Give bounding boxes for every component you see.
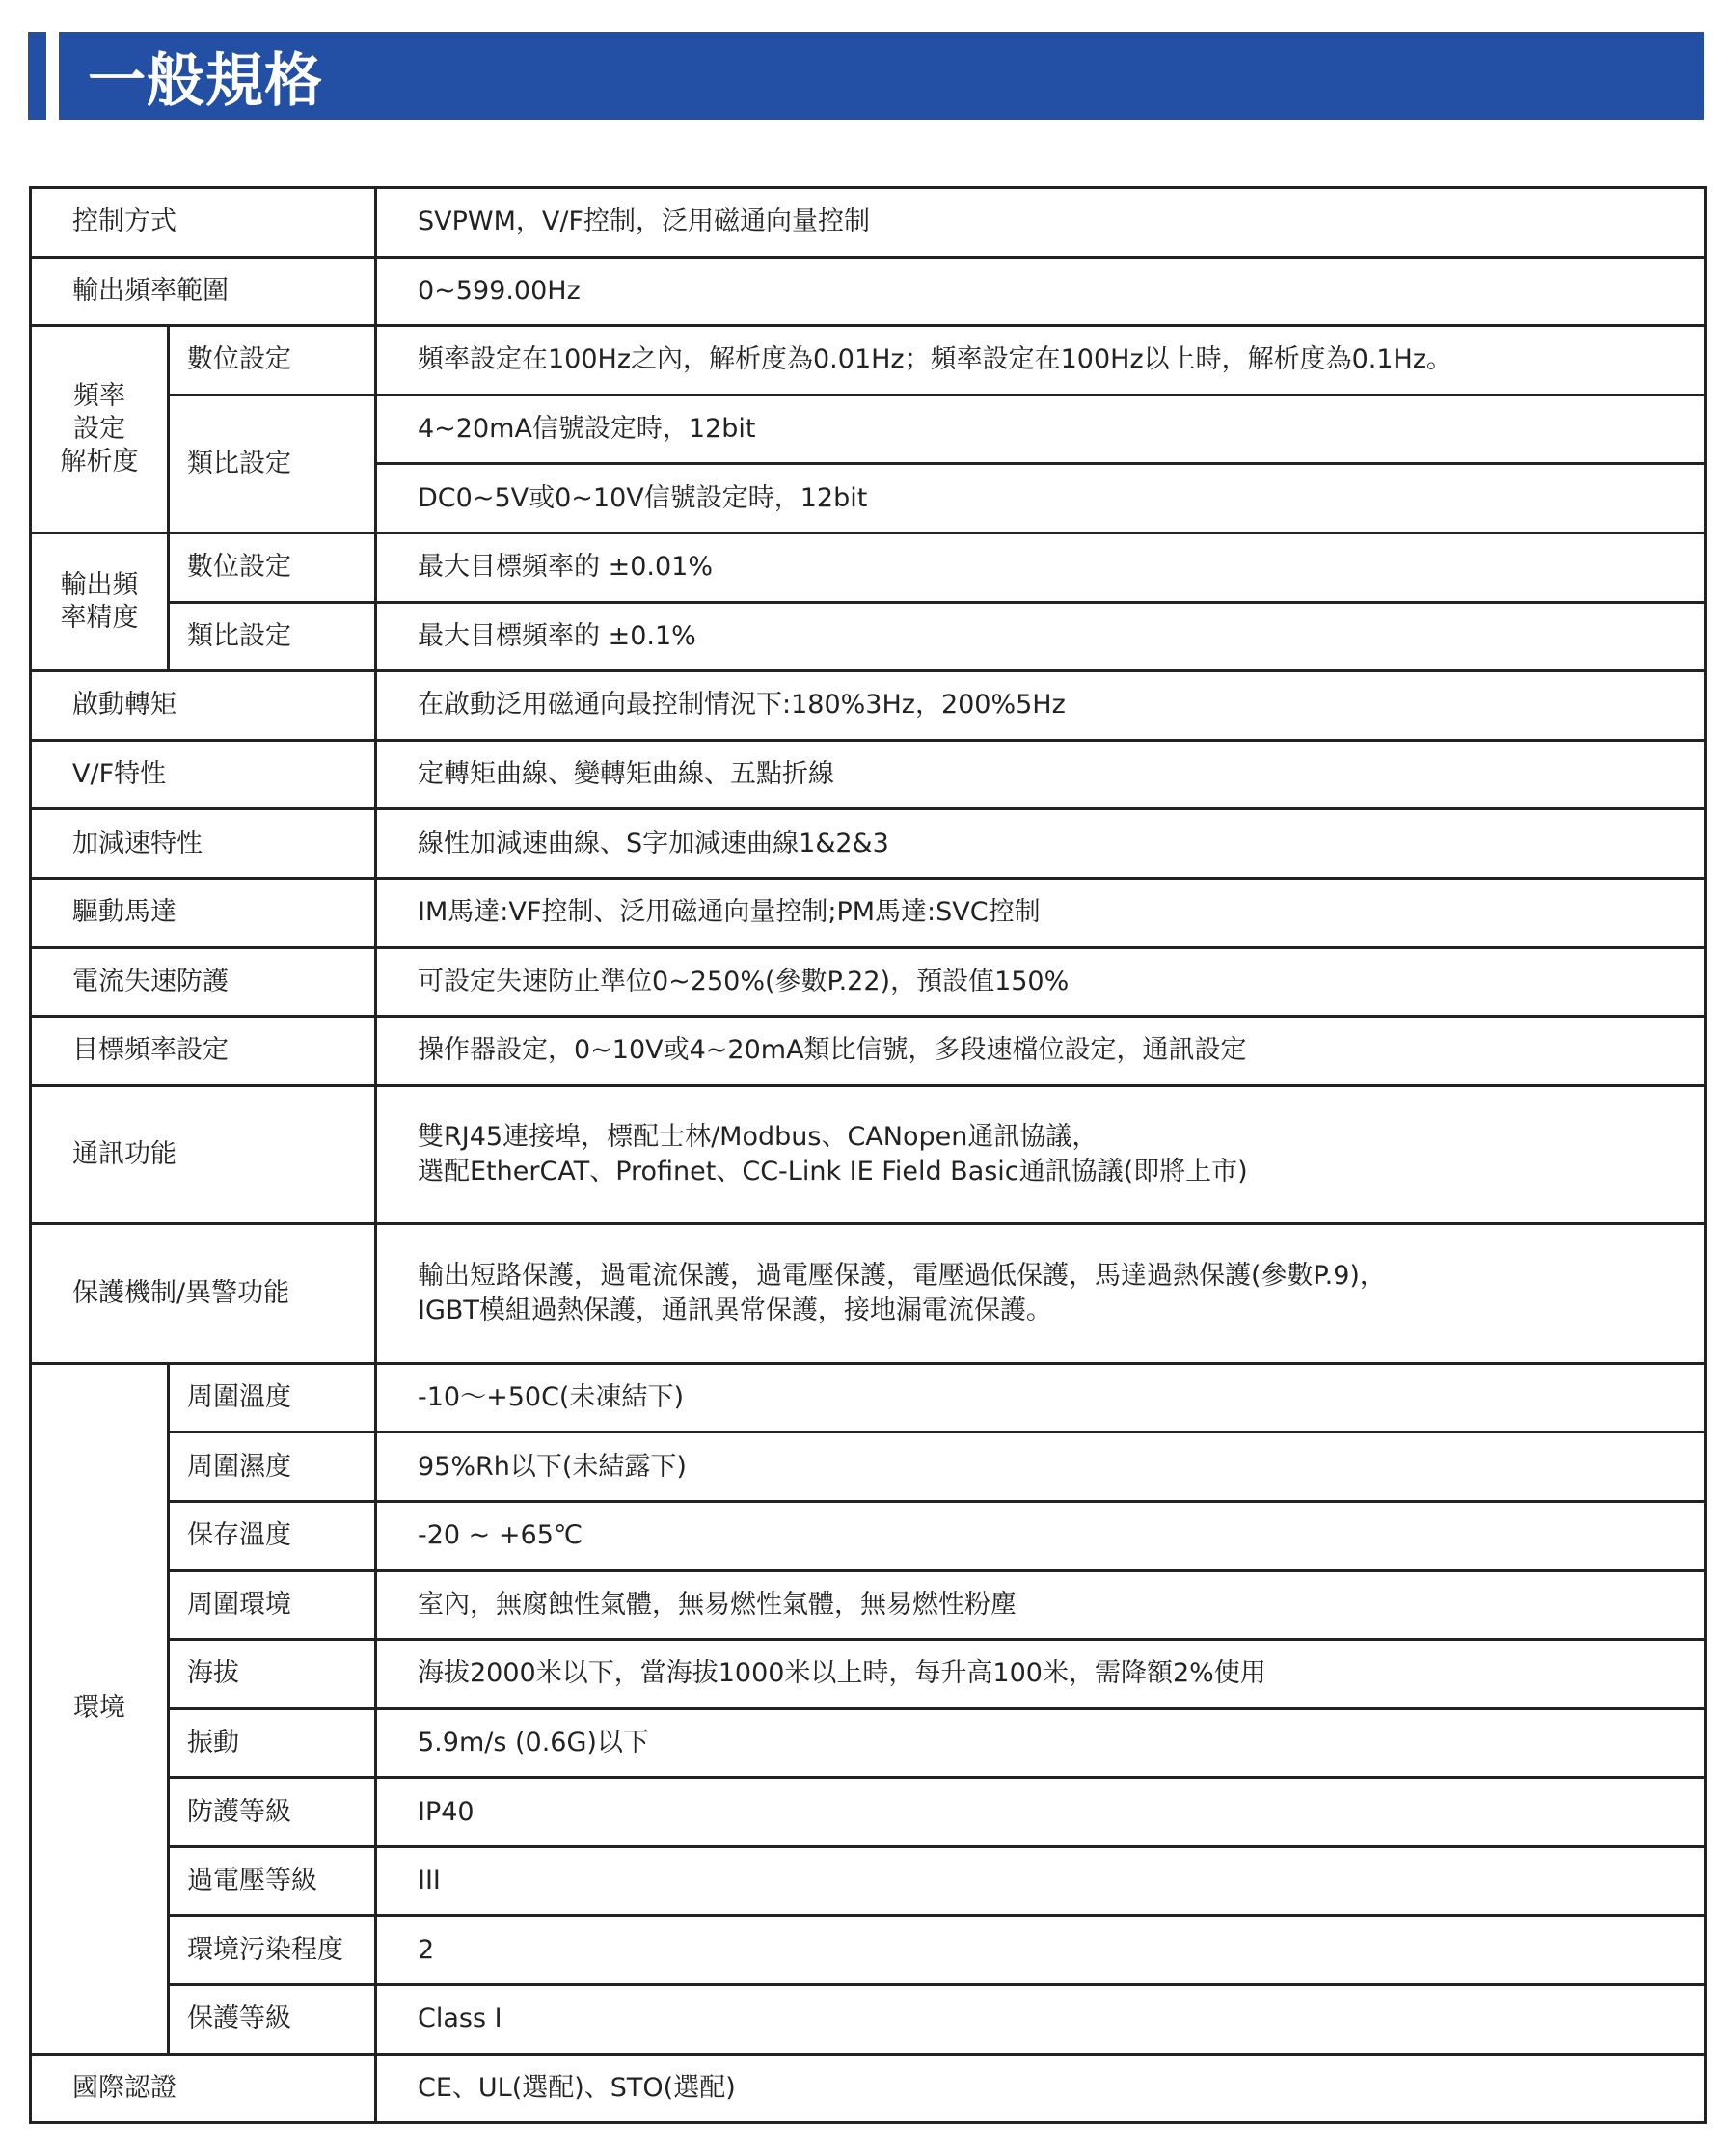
table-row-drive-motor: 驅動馬達 IM馬達:VF控制、泛用磁通向量控制;PM馬達:SVC控制 (31, 878, 1706, 947)
table-row-starting-torque: 啟動轉矩 在啟動泛用磁通向最控制情況下:180%3Hz，200%5Hz (31, 671, 1706, 741)
table-row-accel-decel: 加減速特性 線性加減速曲線、S字加減速曲線1&2&3 (31, 809, 1706, 879)
row-value: 最大目標頻率的 ±0.01% (376, 532, 1706, 602)
row-value: CE、UL(選配)、STO(選配) (376, 2054, 1706, 2123)
row-label: 輸出頻率範圍 (31, 257, 376, 326)
group-label-freq-resolution: 頻率 設定 解析度 (31, 326, 169, 533)
row-value: 頻率設定在100Hz之內，解析度為0.01Hz；頻率設定在100Hz以上時，解析… (376, 326, 1706, 395)
table-row-target-freq-setting: 目標頻率設定 操作器設定，0~10V或4~20mA類比信號，多段速檔位設定，通訊… (31, 1017, 1706, 1086)
sub-label: 保護等級 (169, 1985, 376, 2055)
table-row-protection: 保護機制/異警功能 輸出短路保護，過電流保護，過電壓保護，電壓過低保護，馬達過熱… (31, 1223, 1706, 1363)
row-value: 0~599.00Hz (376, 257, 1706, 326)
table-row-env-altitude: 海拔 海拔2000米以下，當海拔1000米以上時，每升高100米，需降額2%使用 (31, 1640, 1706, 1709)
sub-label: 保存溫度 (169, 1501, 376, 1570)
row-value: 可設定失速防止準位0~250%(參數P.22)，預設值150% (376, 947, 1706, 1017)
row-label: 通訊功能 (31, 1085, 376, 1223)
row-label: 目標頻率設定 (31, 1017, 376, 1086)
row-label: 驅動馬達 (31, 878, 376, 947)
table-row-env-pollution-degree: 環境污染程度 2 (31, 1916, 1706, 1985)
section-header: 一般規格 (59, 32, 1704, 120)
row-value: -10～+50C(未凍結下) (376, 1363, 1706, 1432)
table-row-vf-characteristic: V/F特性 定轉矩曲線、變轉矩曲線、五點折線 (31, 740, 1706, 809)
sub-label: 周圍溫度 (169, 1363, 376, 1432)
row-label: V/F特性 (31, 740, 376, 809)
table-row-env-overvoltage-category: 過電壓等級 III (31, 1846, 1706, 1916)
row-value: 95%Rh以下(未結露下) (376, 1432, 1706, 1502)
row-value: 雙RJ45連接埠，標配士林/Modbus、CANopen通訊協議， 選配Ethe… (376, 1085, 1706, 1223)
table-row-freq-accuracy-analog: 類比設定 最大目標頻率的 ±0.1% (31, 602, 1706, 671)
row-label: 電流失速防護 (31, 947, 376, 1017)
row-value: IM馬達:VF控制、泛用磁通向量控制;PM馬達:SVC控制 (376, 878, 1706, 947)
table-row-freq-resolution-analog-1: 類比設定 4~20mA信號設定時，12bit (31, 395, 1706, 464)
table-row-control-method: 控制方式 SVPWM，V/F控制，泛用磁通向量控制 (31, 188, 1706, 258)
sub-label: 類比設定 (169, 602, 376, 671)
row-label: 控制方式 (31, 188, 376, 258)
row-value: 海拔2000米以下，當海拔1000米以上時，每升高100米，需降額2%使用 (376, 1640, 1706, 1709)
table-row-env-ambient-temp: 環境 周圍溫度 -10～+50C(未凍結下) (31, 1363, 1706, 1432)
table-row-freq-accuracy-digital: 輸出頻 率精度 數位設定 最大目標頻率的 ±0.01% (31, 532, 1706, 602)
row-value: 定轉矩曲線、變轉矩曲線、五點折線 (376, 740, 1706, 809)
sub-label: 類比設定 (169, 395, 376, 532)
row-value: 操作器設定，0~10V或4~20mA類比信號，多段速檔位設定，通訊設定 (376, 1017, 1706, 1086)
row-value: 5.9m/s (0.6G)以下 (376, 1708, 1706, 1778)
sub-label: 周圍環境 (169, 1570, 376, 1640)
header-accent-bar (28, 32, 46, 120)
row-label: 啟動轉矩 (31, 671, 376, 741)
table-row-env-ambient-humidity: 周圍濕度 95%Rh以下(未結露下) (31, 1432, 1706, 1502)
sub-label: 防護等級 (169, 1778, 376, 1847)
row-value: SVPWM，V/F控制，泛用磁通向量控制 (376, 188, 1706, 258)
row-value: 室內，無腐蝕性氣體，無易燃性氣體，無易燃性粉塵 (376, 1570, 1706, 1640)
row-label: 保護機制/異警功能 (31, 1223, 376, 1363)
row-label: 國際認證 (31, 2054, 376, 2123)
row-value: 4~20mA信號設定時，12bit (376, 395, 1706, 464)
row-value: 輸出短路保護，過電流保護，過電壓保護，電壓過低保護，馬達過熱保護(參數P.9)，… (376, 1223, 1706, 1363)
row-value: Class I (376, 1985, 1706, 2055)
table-row-env-ip-rating: 防護等級 IP40 (31, 1778, 1706, 1847)
table-row-certification: 國際認證 CE、UL(選配)、STO(選配) (31, 2054, 1706, 2123)
row-value: IP40 (376, 1778, 1706, 1847)
sub-label: 環境污染程度 (169, 1916, 376, 1985)
group-label-freq-accuracy: 輸出頻 率精度 (31, 532, 169, 670)
row-value: 2 (376, 1916, 1706, 1985)
row-value: 線性加減速曲線、S字加減速曲線1&2&3 (376, 809, 1706, 879)
row-value: -20 ~ +65℃ (376, 1501, 1706, 1570)
sub-label: 海拔 (169, 1640, 376, 1709)
sub-label: 振動 (169, 1708, 376, 1778)
table-row-output-freq-range: 輸出頻率範圍 0~599.00Hz (31, 257, 1706, 326)
table-row-freq-resolution-digital: 頻率 設定 解析度 數位設定 頻率設定在100Hz之內，解析度為0.01Hz；頻… (31, 326, 1706, 395)
table-row-env-storage-temp: 保存溫度 -20 ~ +65℃ (31, 1501, 1706, 1570)
row-value: DC0~5V或0~10V信號設定時，12bit (376, 464, 1706, 533)
sub-label: 過電壓等級 (169, 1846, 376, 1916)
sub-label: 數位設定 (169, 326, 376, 395)
row-value: 最大目標頻率的 ±0.1% (376, 602, 1706, 671)
table-row-communication: 通訊功能 雙RJ45連接埠，標配士林/Modbus、CANopen通訊協議， 選… (31, 1085, 1706, 1223)
table-row-env-surroundings: 周圍環境 室內，無腐蝕性氣體，無易燃性氣體，無易燃性粉塵 (31, 1570, 1706, 1640)
sub-label: 周圍濕度 (169, 1432, 376, 1502)
page-title: 一般規格 (88, 35, 323, 118)
table-row-env-vibration: 振動 5.9m/s (0.6G)以下 (31, 1708, 1706, 1778)
spec-table: 控制方式 SVPWM，V/F控制，泛用磁通向量控制 輸出頻率範圍 0~599.0… (29, 186, 1707, 2124)
row-value: III (376, 1846, 1706, 1916)
row-label: 加減速特性 (31, 809, 376, 879)
table-row-stall-prevention: 電流失速防護 可設定失速防止準位0~250%(參數P.22)，預設值150% (31, 947, 1706, 1017)
sub-label: 數位設定 (169, 532, 376, 602)
table-row-env-protection-class: 保護等級 Class I (31, 1985, 1706, 2055)
group-label-environment: 環境 (31, 1363, 169, 2054)
row-value: 在啟動泛用磁通向最控制情況下:180%3Hz，200%5Hz (376, 671, 1706, 741)
